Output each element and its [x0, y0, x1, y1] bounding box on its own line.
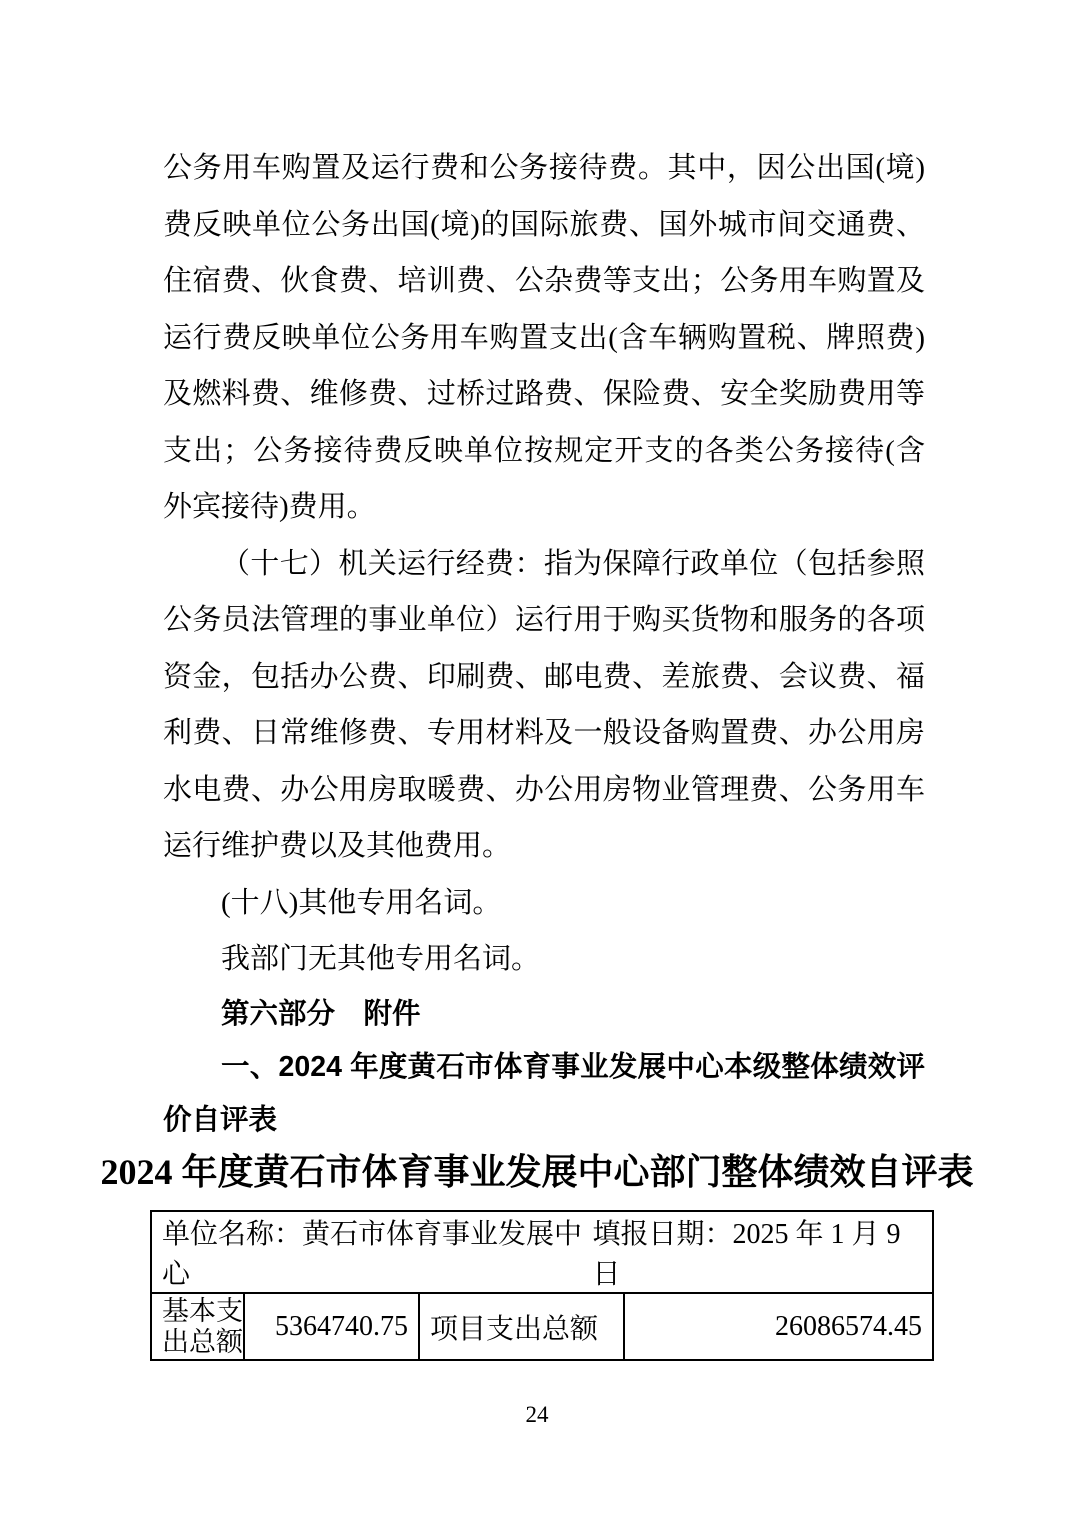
basic-expense-label-cell: 基本支出总额 — [151, 1293, 244, 1360]
body-line-14: (十八)其他专用名词。 — [163, 875, 925, 932]
basic-expense-value-cell: 5364740.75 — [244, 1293, 419, 1360]
table-title: 2024 年度黄石市体育事业发展中心部门整体绩效自评表 — [0, 1149, 1074, 1195]
body-line-2: 费反映单位公务出国(境)的国际旅费、国外城市间交通费、 — [163, 197, 925, 254]
table-header-cell: 单位名称：黄石市体育事业发展中心 填报日期：2025 年 1 月 9 日 — [151, 1211, 933, 1293]
self-eval-table: 单位名称：黄石市体育事业发展中心 填报日期：2025 年 1 月 9 日 基本支… — [150, 1210, 934, 1361]
report-date: 填报日期：2025 年 1 月 9 日 — [592, 1212, 922, 1292]
unit-name: 单位名称：黄石市体育事业发展中心 — [162, 1212, 592, 1292]
project-expense-label-cell: 项目支出总额 — [419, 1293, 624, 1360]
section-heading: 第六部分 附件 — [163, 988, 925, 1041]
body-line-9: 公务员法管理的事业单位）运行用于购买货物和服务的各项 — [163, 592, 925, 649]
table-totals-row: 基本支出总额 5364740.75 项目支出总额 26086574.45 — [151, 1293, 933, 1360]
body-line-12: 水电费、办公用房取暖费、办公用房物业管理费、公务用车 — [163, 762, 925, 819]
body-line-1: 公务用车购置及运行费和公务接待费。其中，因公出国(境) — [163, 140, 925, 197]
unit-name-label: 单位名称： — [162, 1219, 302, 1250]
section-headings: 第六部分 附件 一、2024 年度黄石市体育事业发展中心本级整体绩效评 价自评表 — [163, 988, 925, 1147]
body-line-7: 外宾接待)费用。 — [163, 479, 925, 536]
body-line-13: 运行维护费以及其他费用。 — [163, 818, 925, 875]
body-line-4: 运行费反映单位公务用车购置支出(含车辆购置税、牌照费) — [163, 310, 925, 367]
basic-expense-label: 基本支出总额 — [162, 1296, 244, 1358]
document-page: 公务用车购置及运行费和公务接待费。其中，因公出国(境) 费反映单位公务出国(境)… — [0, 0, 1074, 1520]
project-expense-value-cell: 26086574.45 — [624, 1293, 933, 1360]
body-line-11: 利费、日常维修费、专用材料及一般设备购置费、办公用房 — [163, 705, 925, 762]
report-date-label: 填报日期： — [592, 1219, 732, 1250]
body-line-6: 支出；公务接待费反映单位按规定开支的各类公务接待(含 — [163, 423, 925, 480]
page-number: 24 — [0, 1402, 1074, 1428]
table-header-row: 单位名称：黄石市体育事业发展中心 填报日期：2025 年 1 月 9 日 — [151, 1211, 933, 1293]
body-line-5: 及燃料费、维修费、过桥过路费、保险费、安全奖励费用等 — [163, 366, 925, 423]
body-line-15: 我部门无其他专用名词。 — [163, 931, 925, 988]
attachment-heading-line-2: 价自评表 — [163, 1094, 925, 1147]
body-text: 公务用车购置及运行费和公务接待费。其中，因公出国(境) 费反映单位公务出国(境)… — [163, 140, 925, 988]
body-line-3: 住宿费、伙食费、培训费、公杂费等支出；公务用车购置及 — [163, 253, 925, 310]
attachment-heading-line-1: 一、2024 年度黄石市体育事业发展中心本级整体绩效评 — [163, 1041, 925, 1094]
body-line-8: （十七）机关运行经费：指为保障行政单位（包括参照 — [163, 536, 925, 593]
body-line-10: 资金，包括办公费、印刷费、邮电费、差旅费、会议费、福 — [163, 649, 925, 706]
